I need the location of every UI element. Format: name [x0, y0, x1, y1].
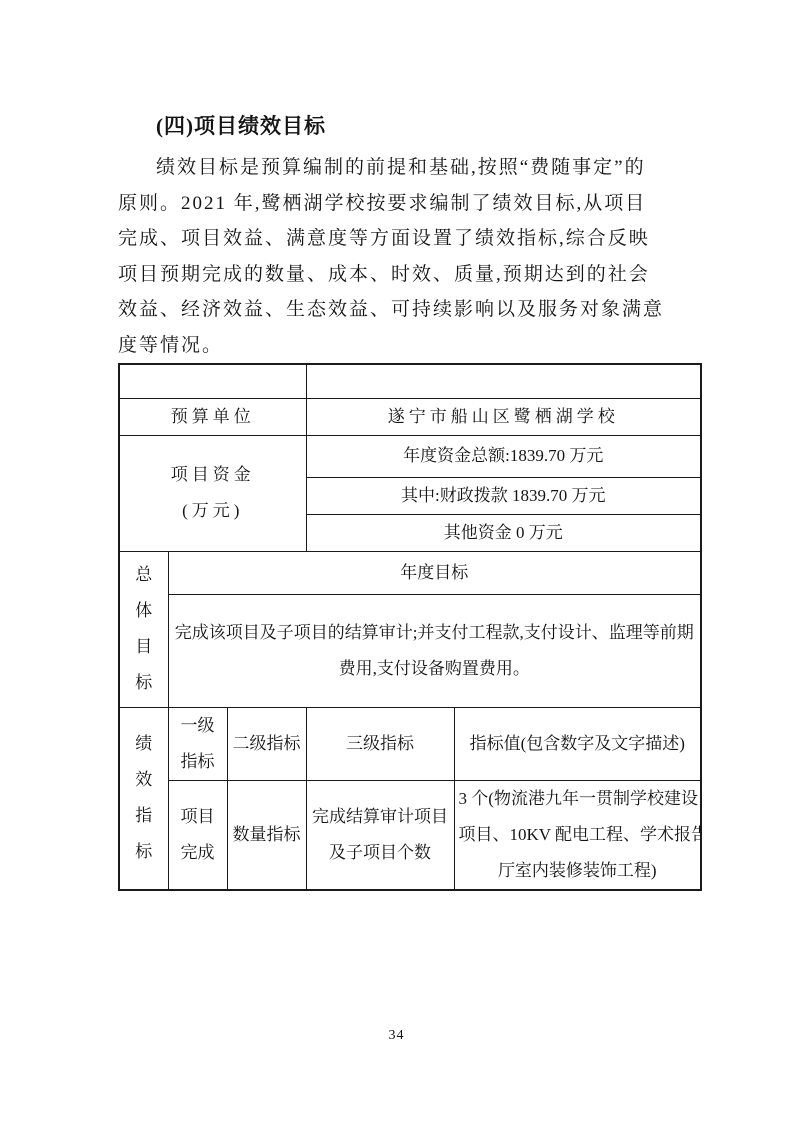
table-row: 预算单位 遂宁市船山区鹭栖湖学校	[119, 398, 701, 435]
indicator-value-cell: 3 个(物流港九年一贯制学校建设 项目、10KV 配电工程、学术报告 厅室内装修…	[454, 780, 701, 890]
intro-paragraph: 绩效目标是预算编制的前提和基础,按照“费随事定”的 原则。2021 年,鹭栖湖学…	[118, 150, 683, 363]
page-content: (四)项目绩效目标 绩效目标是预算编制的前提和基础,按照“费随事定”的 原则。2…	[0, 0, 793, 891]
value-header-cell: 指标值(包含数字及文字描述)	[454, 707, 701, 780]
table-row: 完成该项目及子项目的结算审计;并支付工程款,支付设计、监理等前期 费用,支付设备…	[119, 594, 701, 707]
table-row	[119, 364, 701, 398]
table-row: 项目 完成 数量指标 完成结算审计项目 及子项目个数 3 个(物流港九年一贯制学…	[119, 780, 701, 890]
budget-unit-label-cell: 预算单位	[119, 398, 306, 435]
performance-label-cell: 绩 效 指 标	[119, 707, 168, 890]
table-row: 项目资金 (万元) 年度资金总额:1839.70 万元	[119, 435, 701, 477]
document-page: (四)项目绩效目标 绩效目标是预算编制的前提和基础,按照“费随事定”的 原则。2…	[0, 0, 793, 1122]
performance-target-table: 预算单位 遂宁市船山区鹭栖湖学校 项目资金 (万元) 年度资金总额:1839.7…	[118, 363, 702, 891]
overall-goal-label-cell: 总 体 目 标	[119, 551, 168, 707]
table-row: 绩 效 指 标 一级 指标 二级指标 三级指标 指标值(包含数字及文字描述)	[119, 707, 701, 780]
project-funds-label-cell: 项目资金 (万元)	[119, 435, 306, 551]
other-funds-cell: 其他资金 0 万元	[306, 514, 701, 551]
level2-value-cell: 数量指标	[227, 780, 306, 890]
blank-right-cell	[306, 364, 701, 398]
annual-goal-content-cell: 完成该项目及子项目的结算审计;并支付工程款,支付设计、监理等前期 费用,支付设备…	[168, 594, 701, 707]
level1-header-cell: 一级 指标	[168, 707, 227, 780]
blank-left-cell	[119, 364, 306, 398]
level1-value-cell: 项目 完成	[168, 780, 227, 890]
annual-total-cell: 年度资金总额:1839.70 万元	[306, 435, 701, 477]
budget-unit-value-cell: 遂宁市船山区鹭栖湖学校	[306, 398, 701, 435]
table-row: 总 体 目 标 年度目标	[119, 551, 701, 594]
level3-value-cell: 完成结算审计项目 及子项目个数	[306, 780, 454, 890]
section-heading: (四)项目绩效目标	[156, 0, 700, 140]
page-number: 34	[0, 1028, 793, 1044]
fiscal-allocation-cell: 其中:财政拨款 1839.70 万元	[306, 477, 701, 514]
level2-header-cell: 二级指标	[227, 707, 306, 780]
level3-header-cell: 三级指标	[306, 707, 454, 780]
annual-goal-header-cell: 年度目标	[168, 551, 701, 594]
